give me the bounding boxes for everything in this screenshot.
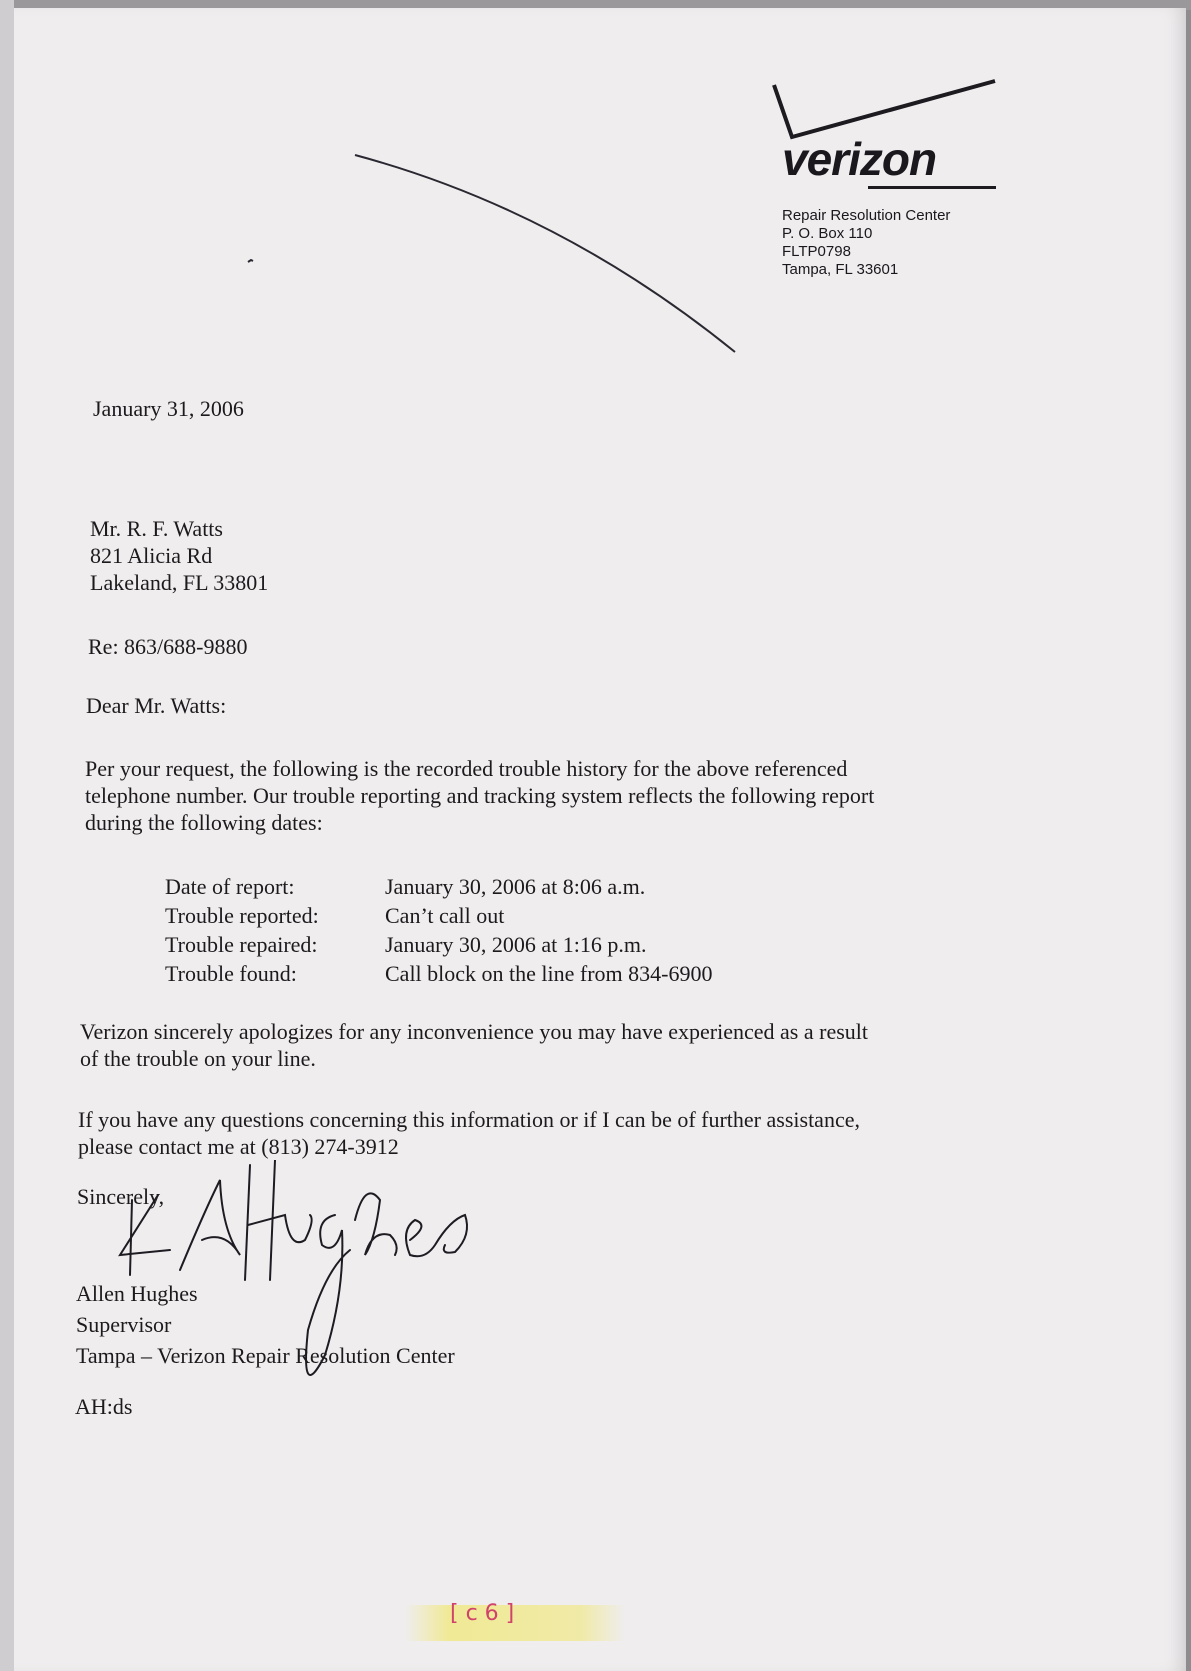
detail-label: Trouble repaired: [165, 930, 385, 959]
intro-paragraph: Per your request, the following is the r… [85, 755, 874, 836]
signer-name: Allen Hughes [76, 1278, 455, 1309]
paragraph-line: If you have any questions concerning thi… [78, 1106, 860, 1133]
paragraph-line: during the following dates: [85, 809, 874, 836]
logo-underline [868, 186, 996, 189]
reference-line: Re: 863/688-9880 [88, 634, 248, 660]
contact-paragraph: If you have any questions concerning thi… [78, 1106, 860, 1160]
signer-title: Supervisor [76, 1309, 455, 1340]
recipient-line: Lakeland, FL 33801 [90, 569, 268, 596]
address-line: P. O. Box 110 [782, 225, 950, 243]
apology-paragraph: Verizon sincerely apologizes for any inc… [80, 1018, 868, 1072]
signer-organization: Tampa – Verizon Repair Resolution Center [76, 1340, 455, 1371]
paragraph-line: telephone number. Our trouble reporting … [85, 782, 874, 809]
detail-row: Date of report: January 30, 2006 at 8:06… [165, 872, 713, 901]
signer-block: Allen Hughes Supervisor Tampa – Verizon … [76, 1278, 455, 1371]
address-line: Tampa, FL 33601 [782, 261, 950, 279]
recipient-line: 821 Alicia Rd [90, 542, 268, 569]
detail-value: Can’t call out [385, 901, 504, 930]
letterhead-address: Repair Resolution Center P. O. Box 110 F… [782, 207, 950, 279]
verizon-logo: verizon [782, 132, 936, 186]
detail-row: Trouble found: Call block on the line fr… [165, 959, 713, 988]
address-line: Repair Resolution Center [782, 207, 950, 225]
detail-value: Call block on the line from 834-6900 [385, 959, 713, 988]
paragraph-line: please contact me at (813) 274-3912 [78, 1133, 860, 1160]
typist-initials: AH:ds [75, 1394, 132, 1420]
paragraph-line: Verizon sincerely apologizes for any inc… [80, 1018, 868, 1045]
detail-row: Trouble repaired: January 30, 2006 at 1:… [165, 930, 713, 959]
highlighter-mark [405, 1605, 625, 1641]
paragraph-line: Per your request, the following is the r… [85, 755, 874, 782]
detail-value: January 30, 2006 at 1:16 p.m. [385, 930, 647, 959]
detail-label: Trouble found: [165, 959, 385, 988]
trouble-details-table: Date of report: January 30, 2006 at 8:06… [165, 872, 713, 988]
detail-label: Trouble reported: [165, 901, 385, 930]
address-line: FLTP0798 [782, 243, 950, 261]
detail-value: January 30, 2006 at 8:06 a.m. [385, 872, 645, 901]
page-stamp: [ c 6 ] [450, 1601, 514, 1626]
paragraph-line: of the trouble on your line. [80, 1045, 868, 1072]
recipient-address: Mr. R. F. Watts 821 Alicia Rd Lakeland, … [90, 515, 268, 596]
detail-label: Date of report: [165, 872, 385, 901]
salutation: Dear Mr. Watts: [86, 693, 226, 719]
recipient-line: Mr. R. F. Watts [90, 515, 268, 542]
letter-date: January 31, 2006 [93, 396, 244, 422]
detail-row: Trouble reported: Can’t call out [165, 901, 713, 930]
